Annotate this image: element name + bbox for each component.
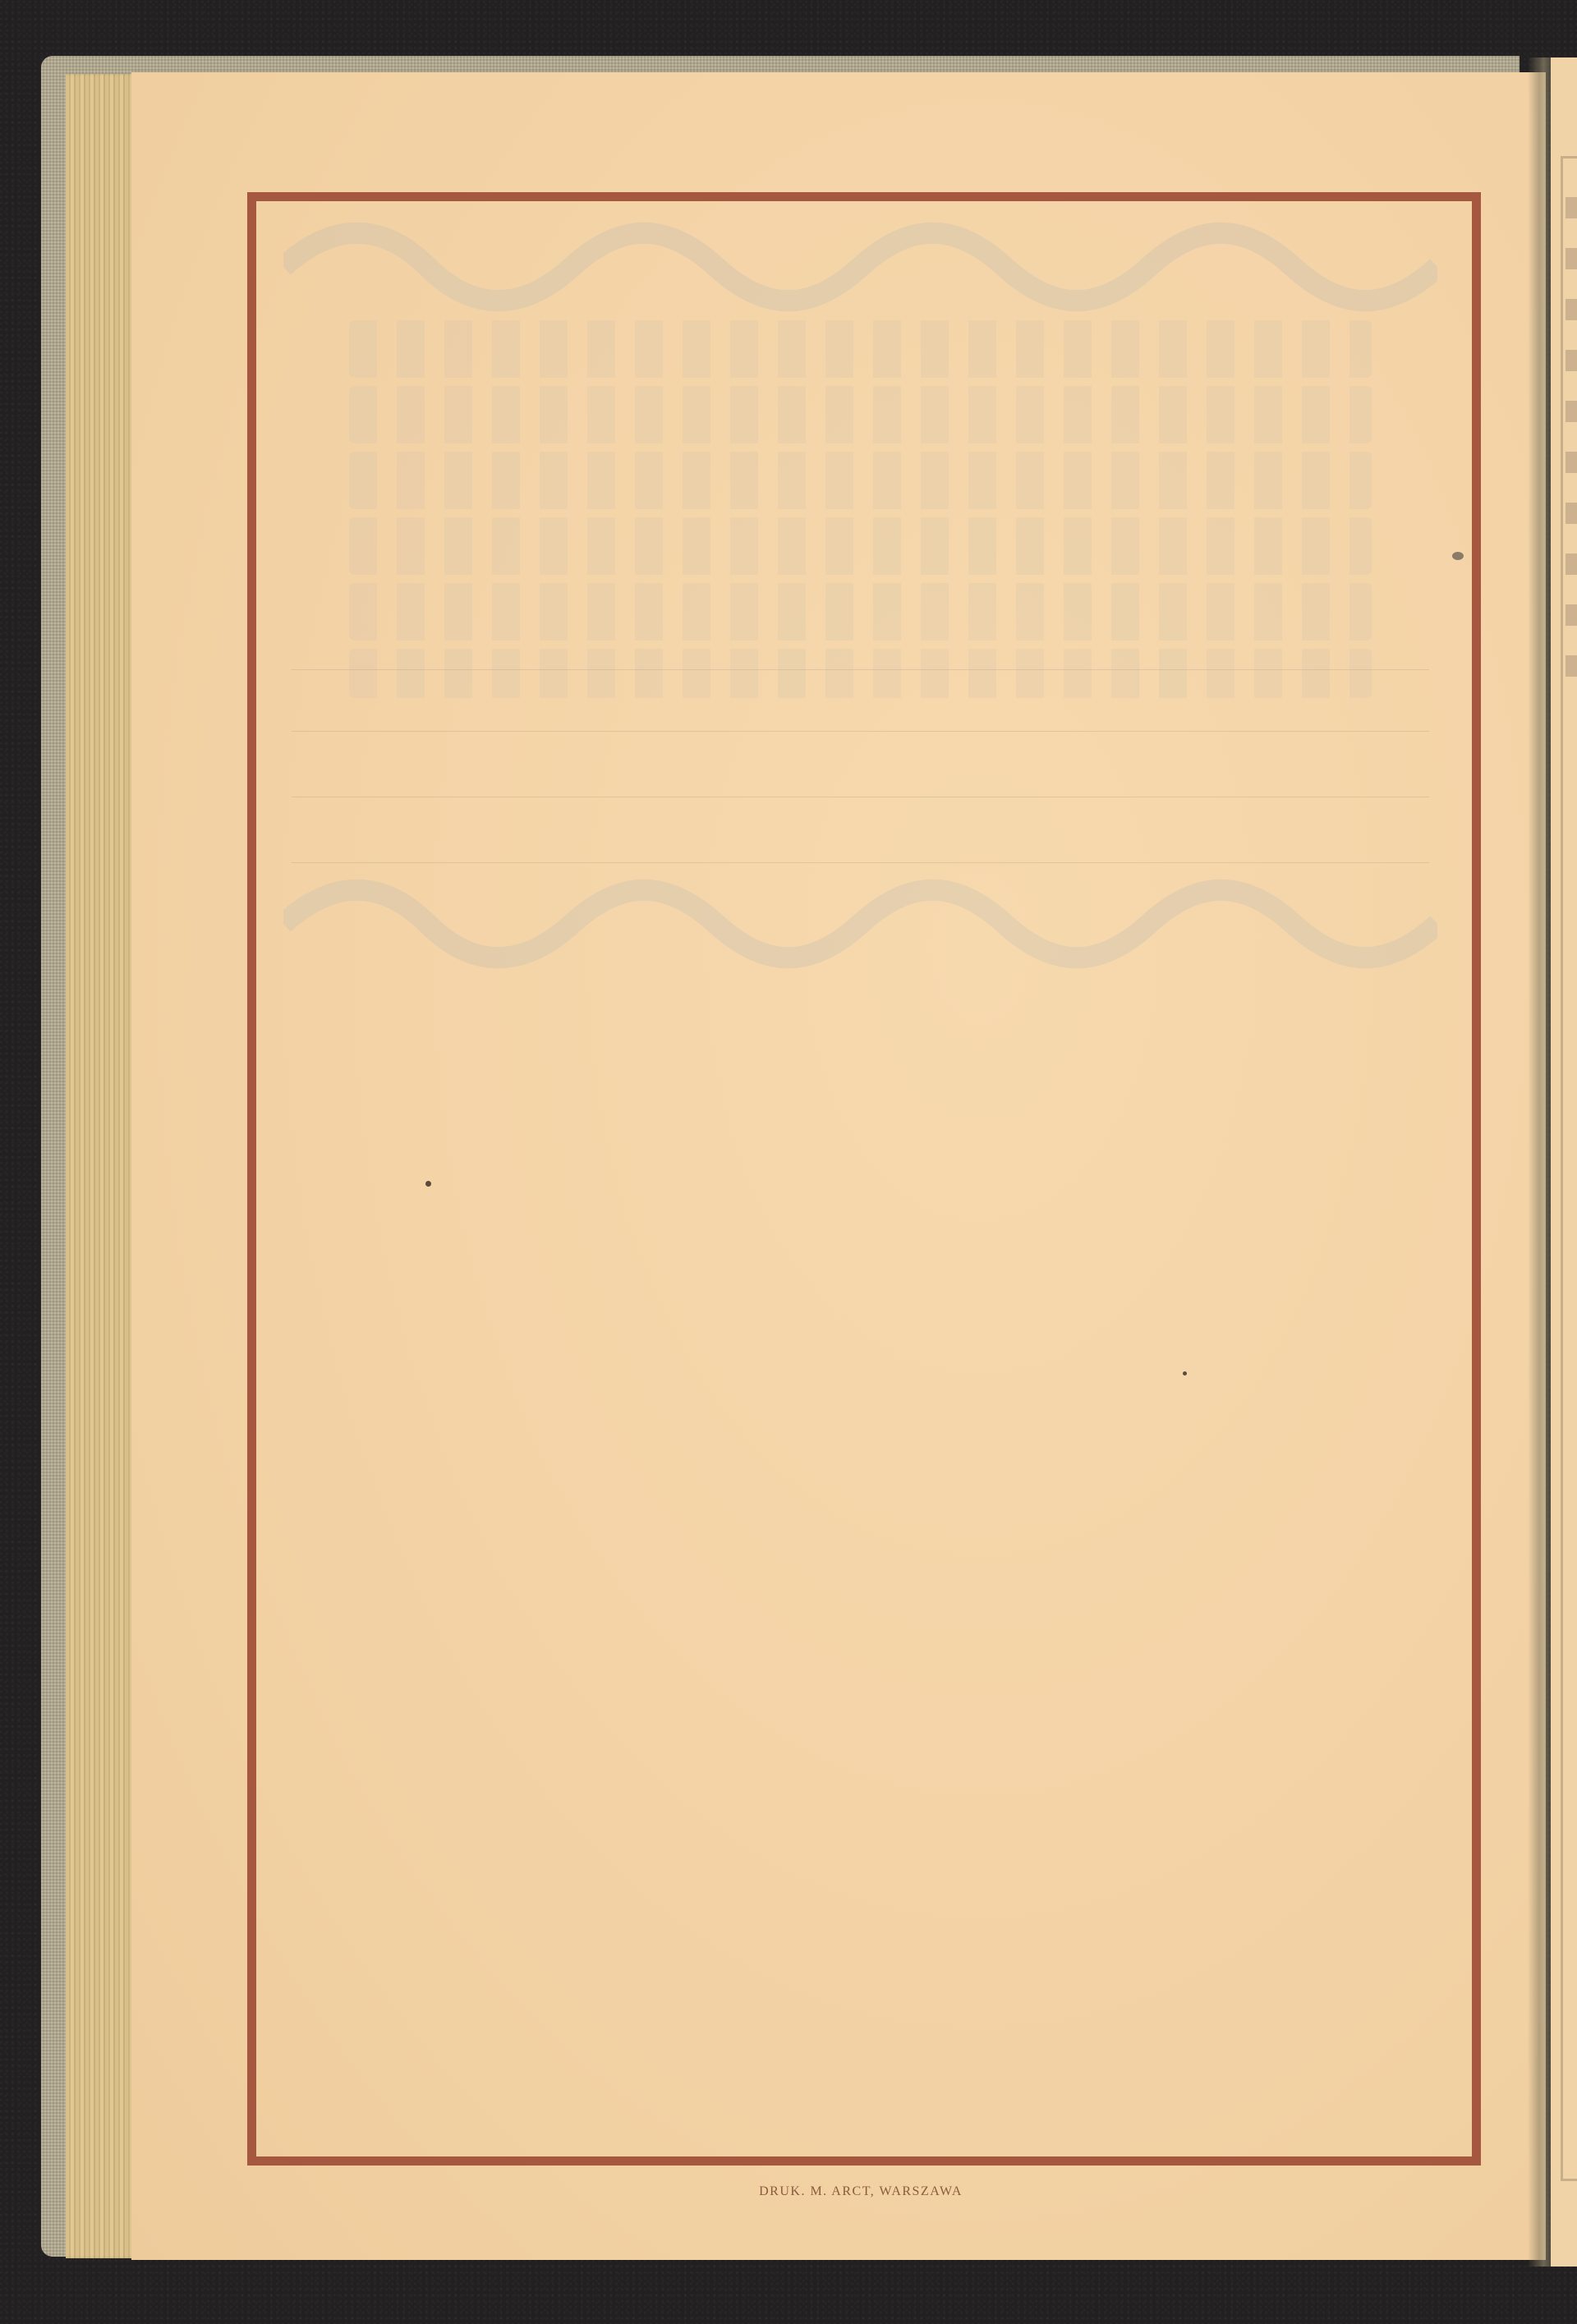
ghost-text-line <box>349 649 1372 698</box>
ghost-text-line <box>349 320 1372 378</box>
paper-speck <box>425 1181 431 1187</box>
page-block-edges <box>66 74 136 2258</box>
bleed-through-ornament <box>283 222 1437 977</box>
ghost-text-line <box>349 452 1372 509</box>
ghost-table-rule <box>292 862 1429 863</box>
printer-imprint-text: DRUK. M. ARCT, WARSZAWA <box>759 2184 963 2198</box>
printer-imprint: DRUK. M. ARCT, WARSZAWA <box>0 2184 1577 2199</box>
ghost-wave-top-icon <box>283 222 1437 312</box>
ghost-wave-bottom-icon <box>283 879 1437 969</box>
ghost-text-line <box>349 517 1372 575</box>
facing-page-ornament <box>1566 197 1577 706</box>
paper-speck <box>1452 552 1464 560</box>
ghost-table-rule <box>292 797 1429 797</box>
ghost-table-rule <box>292 669 1429 670</box>
ghost-table-rule <box>292 731 1429 732</box>
paper-speck <box>1183 1371 1187 1376</box>
ghost-text-line <box>349 583 1372 641</box>
book-gutter <box>1528 57 1551 2267</box>
ghost-text-line <box>349 386 1372 443</box>
